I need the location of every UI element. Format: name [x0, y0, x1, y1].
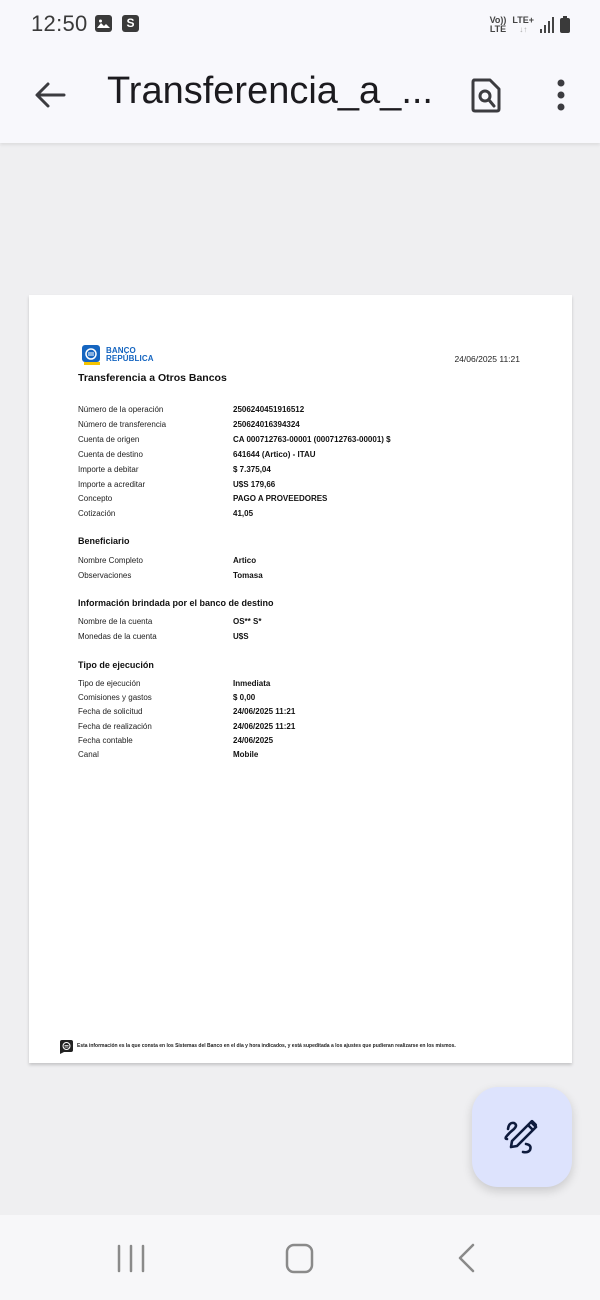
detail-label: Canal: [78, 750, 99, 759]
annotate-fab[interactable]: [472, 1087, 572, 1187]
detail-label: Nombre Completo: [78, 556, 143, 565]
detail-row: Tipo de ejecuciónInmediata: [78, 679, 538, 691]
detail-value: PAGO A PROVEEDORES: [233, 494, 327, 503]
data-activity-icon: ↓↑: [512, 25, 534, 34]
signal-icon: [540, 17, 554, 33]
detail-label: Cotización: [78, 509, 115, 518]
detail-row: Comisiones y gastos$ 0,00: [78, 693, 538, 705]
system-nav-bar: [0, 1215, 600, 1300]
detail-value: U$S: [233, 632, 249, 641]
back-button[interactable]: [30, 75, 70, 115]
bank-footer-logo-icon: [60, 1040, 73, 1054]
detail-row: Importe a debitar$ 7.375,04: [78, 465, 538, 477]
detail-row: Fecha de solicitud24/06/2025 11:21: [78, 707, 538, 719]
home-button[interactable]: [280, 1240, 320, 1280]
detail-label: Número de la operación: [78, 405, 163, 414]
detail-label: Fecha contable: [78, 736, 133, 745]
status-bar: 12:50 S Vo)) LTE LTE+ ↓↑: [0, 0, 600, 50]
volte-line2: LTE: [490, 25, 507, 34]
detail-row: Importe a acreditarU$S 179,66: [78, 480, 538, 492]
bank-name-line2: REPÚBLICA: [106, 355, 154, 363]
draw-signature-icon: [502, 1117, 542, 1157]
detail-label: Tipo de ejecución: [78, 679, 140, 688]
bank-logo-icon: [82, 345, 100, 365]
detail-label: Fecha de realización: [78, 722, 152, 731]
status-right: Vo)) LTE LTE+ ↓↑: [490, 14, 570, 36]
detail-row: Cotización41,05: [78, 509, 538, 521]
detail-value: CA 000712763-00001 (000712763-00001) $: [233, 435, 391, 444]
detail-label: Importe a debitar: [78, 465, 138, 474]
s-app-icon: S: [122, 15, 139, 32]
document-title: Transferencia a Otros Bancos: [78, 372, 227, 384]
destination-info-heading: Información brindada por el banco de des…: [78, 598, 274, 608]
detail-value: OS** S*: [233, 617, 261, 626]
battery-icon: [560, 18, 570, 33]
detail-row: CanalMobile: [78, 750, 538, 762]
detail-value: Mobile: [233, 750, 258, 759]
detail-row: Número de la operación2506240451916512: [78, 405, 538, 417]
execution-heading: Tipo de ejecución: [78, 660, 154, 670]
network-indicator: LTE+ ↓↑: [512, 16, 534, 34]
detail-row: ConceptoPAGO A PROVEEDORES: [78, 494, 538, 506]
detail-label: Fecha de solicitud: [78, 707, 142, 716]
detail-label: Monedas de la cuenta: [78, 632, 157, 641]
find-in-page-button[interactable]: [466, 75, 506, 115]
detail-value: U$S 179,66: [233, 480, 275, 489]
recent-apps-button[interactable]: [112, 1240, 152, 1280]
pdf-page[interactable]: BANCO REPÚBLICA 24/06/2025 11:21 Transfe…: [29, 295, 572, 1063]
detail-value: $ 7.375,04: [233, 465, 271, 474]
detail-row: Cuenta de origenCA 000712763-00001 (0007…: [78, 435, 538, 447]
detail-row: Número de transferencia250624016394324: [78, 420, 538, 432]
detail-label: Cuenta de origen: [78, 435, 139, 444]
detail-value: 24/06/2025 11:21: [233, 707, 295, 716]
detail-label: Comisiones y gastos: [78, 693, 152, 702]
document-date: 24/06/2025 11:21: [454, 354, 520, 364]
find-in-page-icon: [466, 75, 506, 115]
detail-value: Tomasa: [233, 571, 263, 580]
bank-name: BANCO REPÚBLICA: [106, 347, 154, 363]
detail-value: 2506240451916512: [233, 405, 304, 414]
arrow-back-icon: [30, 75, 70, 115]
detail-label: Importe a acreditar: [78, 480, 145, 489]
detail-row: Fecha de realización24/06/2025 11:21: [78, 722, 538, 734]
detail-value: 641644 (Artico) - ITAU: [233, 450, 316, 459]
detail-row: Fecha contable24/06/2025: [78, 736, 538, 748]
detail-label: Nombre de la cuenta: [78, 617, 152, 626]
detail-value: $ 0,00: [233, 693, 255, 702]
detail-label: Concepto: [78, 494, 112, 503]
detail-row: Nombre CompletoArtico: [78, 556, 538, 568]
nav-back-button[interactable]: [450, 1240, 490, 1280]
network-type: LTE+: [512, 16, 534, 25]
detail-label: Cuenta de destino: [78, 450, 143, 459]
detail-row: Cuenta de destino641644 (Artico) - ITAU: [78, 450, 538, 462]
detail-value: 24/06/2025 11:21: [233, 722, 295, 731]
home-icon: [280, 1240, 320, 1280]
detail-row: Nombre de la cuentaOS** S*: [78, 617, 538, 629]
app-bar: Transferencia_a_...: [0, 50, 600, 143]
nav-back-icon: [450, 1240, 490, 1280]
recent-apps-icon: [112, 1240, 152, 1280]
detail-value: 41,05: [233, 509, 253, 518]
beneficiary-heading: Beneficiario: [78, 536, 130, 546]
detail-value: 24/06/2025: [233, 736, 273, 745]
more-options-button[interactable]: [548, 75, 574, 115]
status-time: 12:50: [31, 11, 88, 37]
detail-label: Observaciones: [78, 571, 131, 580]
detail-row: ObservacionesTomasa: [78, 571, 538, 583]
footer-disclaimer: Esta información es la que consta en los…: [77, 1043, 456, 1049]
detail-value: Inmediata: [233, 679, 270, 688]
more-vert-icon: [548, 75, 574, 115]
detail-row: Monedas de la cuentaU$S: [78, 632, 538, 644]
detail-value: Artico: [233, 556, 256, 565]
file-title: Transferencia_a_...: [107, 70, 437, 113]
volte-indicator: Vo)) LTE: [490, 16, 507, 34]
detail-label: Número de transferencia: [78, 420, 166, 429]
detail-value: 250624016394324: [233, 420, 300, 429]
gallery-icon: [95, 15, 112, 32]
